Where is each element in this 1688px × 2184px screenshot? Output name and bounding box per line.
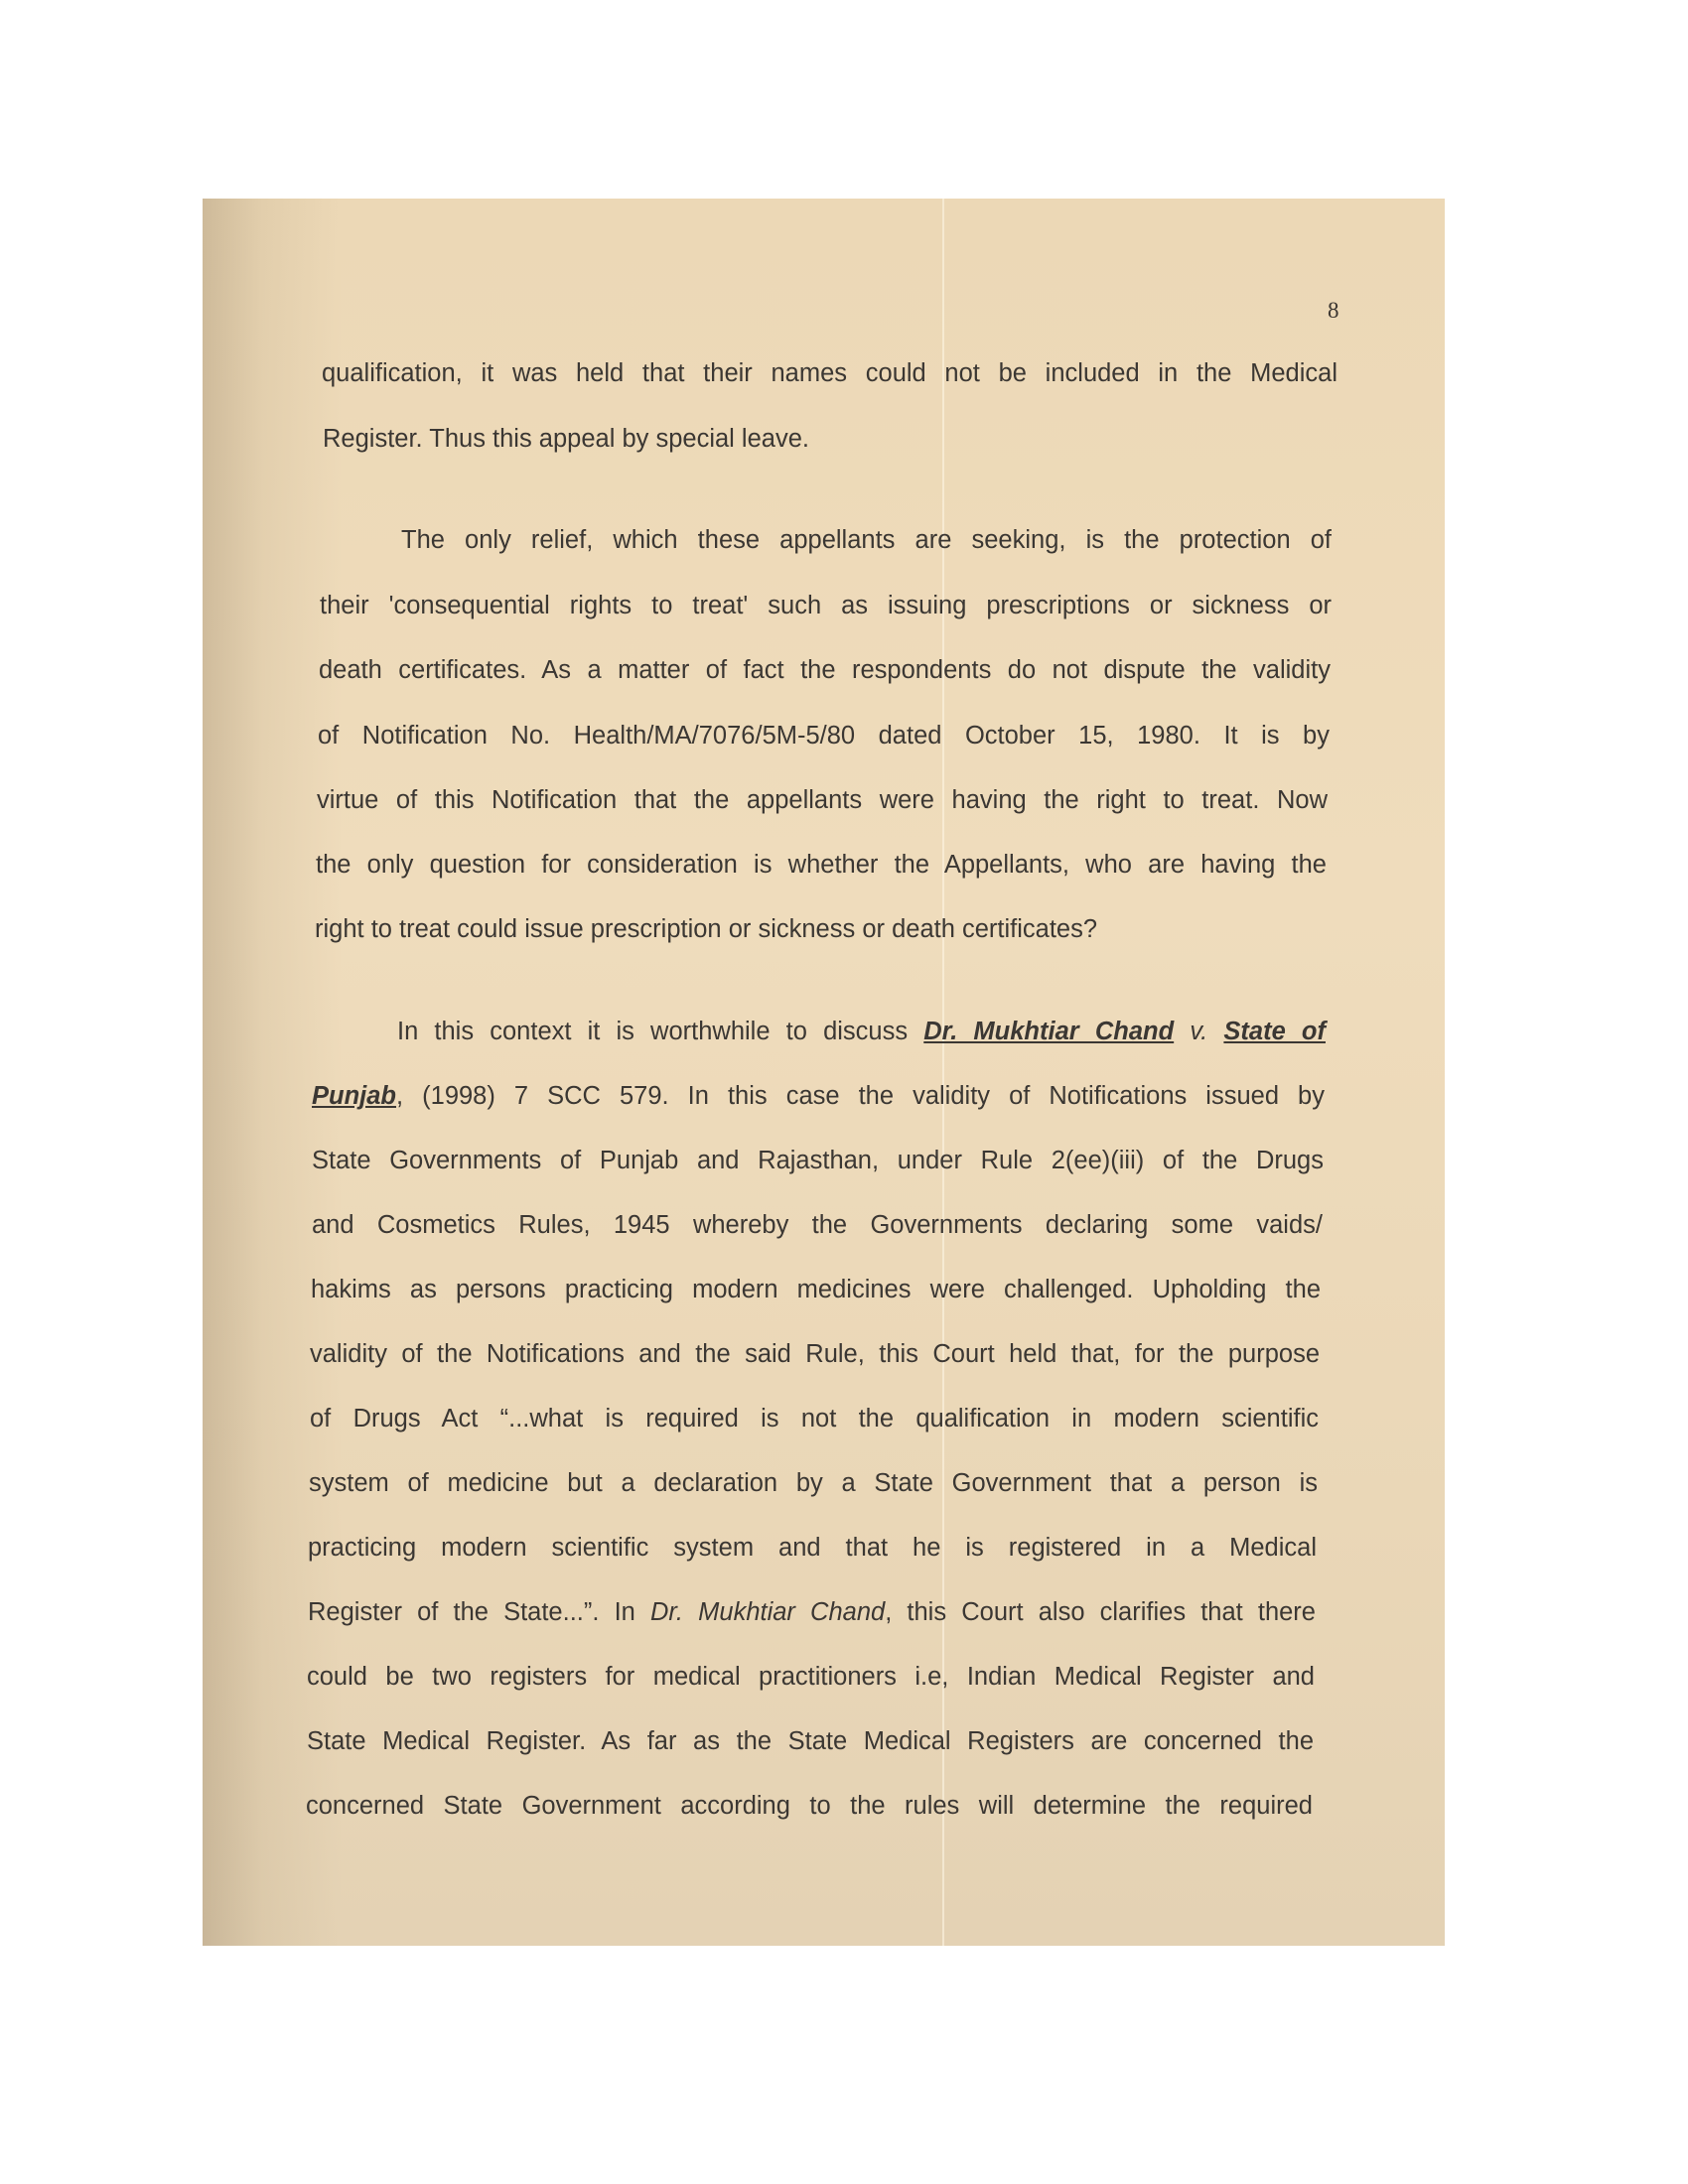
text-line: qualification, it was held that their na… — [322, 359, 1337, 388]
text-run: , this Court also clarifies that there — [885, 1598, 1316, 1626]
text-line: the only question for consideration is w… — [316, 851, 1327, 880]
text-line: In this context it is worthwhile to disc… — [397, 1018, 1326, 1046]
text-line: death certificates. As a matter of fact … — [319, 656, 1331, 685]
text-line: system of medicine but a declaration by … — [309, 1469, 1318, 1498]
scanned-page: 8 qualification, it was held that their … — [203, 199, 1445, 1946]
text-run: Register of the State...”. In — [308, 1598, 650, 1626]
text-line: their 'consequential rights to treat' su… — [320, 592, 1332, 620]
text-line: virtue of this Notification that the app… — [317, 786, 1328, 815]
text-line: Register. Thus this appeal by special le… — [323, 425, 809, 454]
text-line: hakims as persons practicing modern medi… — [311, 1276, 1321, 1304]
text-line: practicing modern scientific system and … — [308, 1534, 1317, 1563]
versus: v. — [1174, 1018, 1223, 1045]
text-line: could be two registers for medical pract… — [307, 1663, 1315, 1692]
citation-text: , (1998) 7 SCC 579. In this case the val… — [396, 1082, 1325, 1110]
text-line: concerned State Government according to … — [306, 1792, 1313, 1821]
text-line: The only relief, which these appellants … — [401, 526, 1332, 555]
text-line: Register of the State...”. In Dr. Mukhti… — [308, 1598, 1316, 1627]
text-line: and Cosmetics Rules, 1945 whereby the Go… — [312, 1211, 1323, 1240]
case-name-punjab: Punjab — [312, 1082, 396, 1110]
text-line: right to treat could issue prescription … — [315, 915, 1097, 944]
page-number: 8 — [1328, 298, 1339, 324]
case-name-italic: Dr. Mukhtiar Chand — [650, 1598, 885, 1626]
case-name-state-of: State of — [1223, 1018, 1326, 1045]
text-line: State Medical Register. As far as the St… — [307, 1727, 1314, 1756]
text-line: of Drugs Act “...what is required is not… — [310, 1405, 1319, 1433]
text-line: of Notification No. Health/MA/7076/5M-5/… — [318, 722, 1330, 751]
text-line: State Governments of Punjab and Rajastha… — [312, 1147, 1324, 1175]
text-run: In this context it is worthwhile to disc… — [397, 1018, 923, 1045]
text-line: Punjab, (1998) 7 SCC 579. In this case t… — [312, 1082, 1325, 1111]
text-line: validity of the Notifications and the sa… — [310, 1340, 1320, 1369]
case-name-mukhtiar-chand: Dr. Mukhtiar Chand — [923, 1018, 1174, 1045]
